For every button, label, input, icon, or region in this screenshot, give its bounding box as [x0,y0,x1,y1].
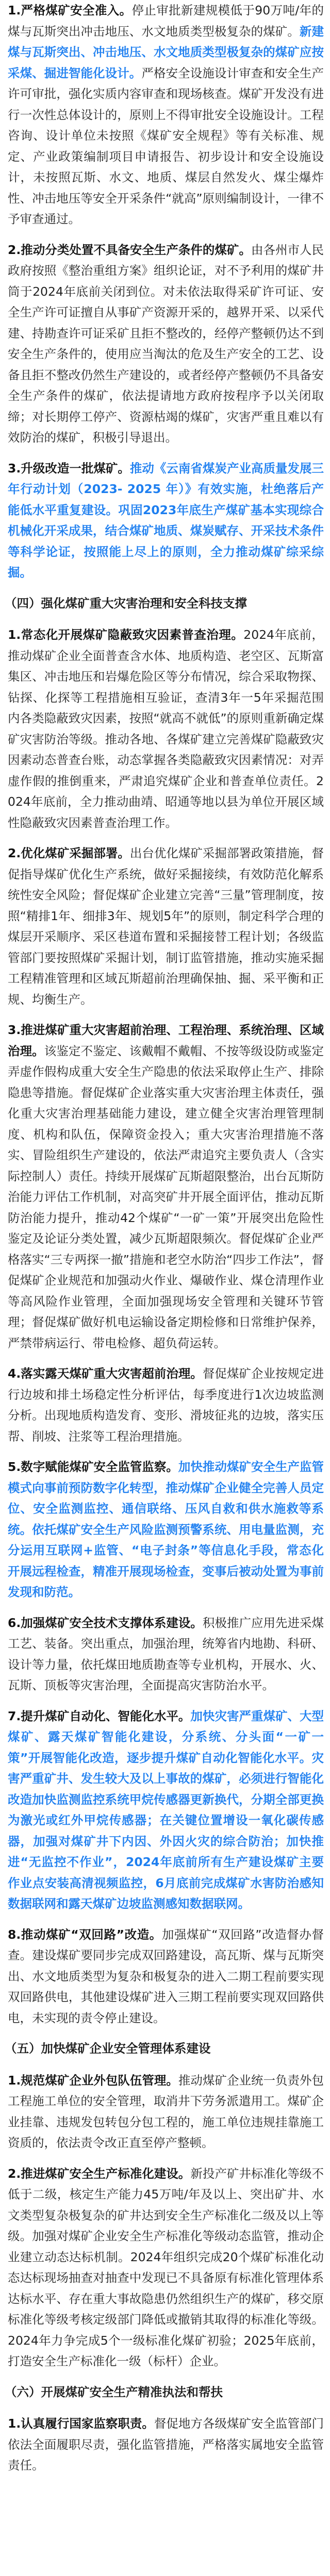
section-heading: （六）开展煤矿安全生产精准执法和帮扶 [5,2382,324,2403]
paragraph: 7.提升煤矿自动化、智能化水平。加快灾害严重煤矿、大型煤矿、露天煤矿智能化建设，… [8,1706,324,1914]
paragraph-lead-title: 1.规范煤矿企业外包队伍管理。 [8,2073,178,2088]
paragraph: 1.认真履行国家监察职责。督促地方各级煤矿安全监管部门依法全面履职尽责，强化监管… [8,2413,324,2476]
body-text: 新投产矿井标准化等级不低于二级，核定生产能力45万吨/年及以上、突出矿井、水文类… [8,2166,324,2369]
paragraph: 1.严格煤矿安全准入。停止审批新建规模低于90万吨/年的煤与瓦斯突出冲击地压、水… [8,0,324,230]
paragraph-lead-title: 8.推动煤矿“双回路”改造。 [8,1927,162,1942]
paragraph: 3.升级改造一批煤矿。推动《云南省煤炭产业高质量发展三年行动计划（2023- 2… [8,458,324,583]
paragraph: 1.规范煤矿企业外包队伍管理。推动煤矿企业统一负责外包工程施工单位的安全管理，取… [8,2070,324,2154]
paragraph: 5.数字赋能煤矿安全监管监察。加快推动煤矿安全生产监管模式向事前预防数字化转型，… [8,1456,324,1603]
paragraph: 2.推动分类处置不具备安全生产条件的煤矿。由各州市人民政府按照《整治重组方案》组… [8,240,324,448]
paragraph-lead-title: 2.推进煤矿安全生产标准化建设。 [8,2166,190,2181]
paragraph-lead-title: 3.升级改造一批煤矿。 [8,461,130,476]
paragraph: 2.推进煤矿安全生产标准化建设。新投产矿井标准化等级不低于二级，核定生产能力45… [8,2163,324,2372]
body-text: 出台优化煤矿采掘部署政策措施，督促指导煤矿优化生产系统，做好采掘接续，有效防范化… [8,846,324,1007]
paragraph: 2.优化煤矿采掘部署。出台优化煤矿采掘部署政策措施，督促指导煤矿优化生产系统，做… [8,843,324,1010]
body-text: 2024年底前，推动煤矿企业全面普查含水体、地质构造、老空区、瓦斯富集区、冲击地… [8,628,324,830]
paragraph-lead-title: 4.落实露天煤矿重大灾害超前治理。 [8,1366,203,1381]
body-text: 加强煤矿“双回路”改造督办督查。建设煤矿要同步完成双回路建设，高瓦斯、煤与瓦斯突… [8,1927,324,2025]
paragraph: 1.常态化开展煤矿隐蔽致灾因素普查治理。2024年底前，推动煤矿企业全面普查含水… [8,624,324,833]
body-text: 严格安全设施设计审查和安全生产许可审批，强化实质内容审查和现场核查。煤矿开发没有… [8,66,324,227]
paragraph-lead-title: 2.优化煤矿采掘部署。 [8,846,130,860]
article-body: 1.严格煤矿安全准入。停止审批新建规模低于90万吨/年的煤与瓦斯突出冲击地压、水… [0,0,330,2476]
paragraph-lead-title: 5.数字赋能煤矿安全监管监察。 [8,1460,178,1474]
paragraph: 6.加强煤矿安全技术支撑体系建设。积极推广应用先进采煤工艺、装备。突出重点，加强… [8,1613,324,1696]
section-heading: （四）强化煤矿重大灾害治理和安全科技支撑 [5,593,324,614]
paragraph-lead-title: 7.提升煤矿自动化、智能化水平。 [8,1709,190,1723]
paragraph-lead-title: 2.推动分类处置不具备安全生产条件的煤矿。 [8,243,251,257]
paragraph: 4.落实露天煤矿重大灾害超前治理。督促煤矿企业按规定进行边坡和排土场稳定性分析评… [8,1363,324,1447]
body-text: 由各州市人民政府按照《整治重组方案》组织论证，对不予利用的煤矿井筒于2024年底… [8,243,324,445]
highlighted-text: 加快推动煤矿安全生产监管模式向事前预防数字化转型，推动煤矿企业健全完善人员定位、… [8,1460,324,1599]
paragraph-lead-title: 1.常态化开展煤矿隐蔽致灾因素普查治理。 [8,628,243,642]
body-text: 该鉴定不鉴定、该戴帽不戴帽、不按等级设防或鉴定弄虚作假构成重大安全生产隐患的依法… [8,1044,324,1350]
paragraph: 3.推进煤矿重大灾害超前治理、工程治理、系统治理、区域治理。该鉴定不鉴定、该戴帽… [8,1020,324,1353]
paragraph-lead-title: 1.严格煤矿安全准入。 [8,3,132,18]
highlighted-text: 推动《云南省煤炭产业高质量发展三年行动计划（2023- 2025 年）》有效实施… [8,461,324,580]
highlighted-text: 加快灾害严重煤矿、大型煤矿、露天煤矿智能化建设，分系统、分头面“一矿一策”开展智… [8,1709,324,1911]
section-heading: （五）加快煤矿企业安全管理体系建设 [5,2038,324,2059]
paragraph-lead-title: 6.加强煤矿安全技术支撑体系建设。 [8,1616,203,1630]
paragraph: 8.推动煤矿“双回路”改造。加强煤矿“双回路”改造督办督查。建设煤矿要同步完成双… [8,1924,324,2029]
paragraph-lead-title: 1.认真履行国家监察职责。 [8,2416,154,2431]
